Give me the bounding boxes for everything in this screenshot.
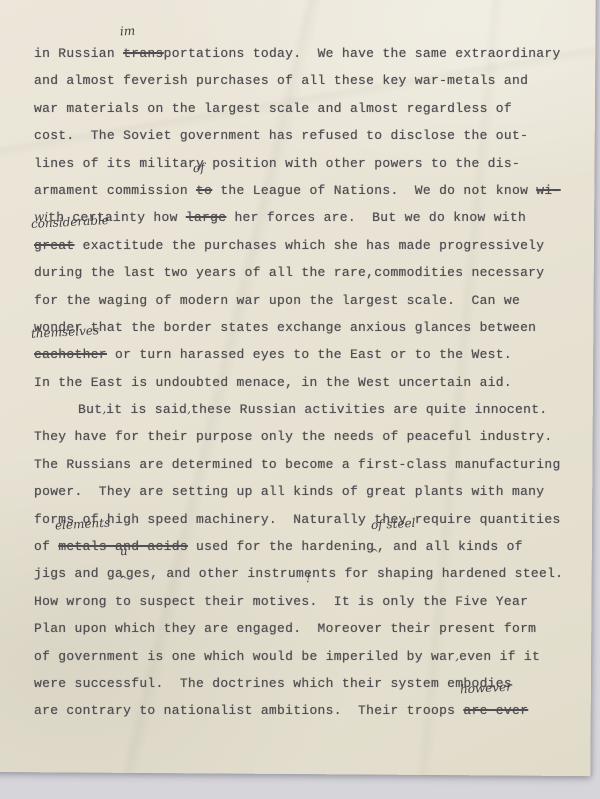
struck-through-text: wi- (536, 183, 560, 198)
photograph-scene: in Russian imtransportations today. We h… (0, 0, 600, 799)
typed-text: are contrary to nationalist ambitions. T… (34, 703, 463, 718)
typed-text: , and all kinds of (377, 539, 523, 554)
typed-text: the League of Nations. We do not know (212, 183, 536, 198)
typed-text: The Russians are determined to become a … (34, 457, 561, 472)
typed-text: even if it (459, 649, 540, 664)
typed-text: were successful. The doctrines which the… (34, 676, 512, 691)
typed-text: Plan upon which they are engaged. Moreov… (34, 621, 536, 636)
typed-line: In the East is undoubted menace, in the … (34, 369, 590, 396)
typed-text: But (78, 402, 102, 417)
typed-line: during the last two years of all the rar… (34, 259, 590, 286)
typed-text: jigs and ga (34, 566, 123, 581)
handwritten-text: considerable (30, 207, 109, 238)
struck-through-text: trans (123, 46, 164, 61)
typed-line: themselveseachother or turn harassed eye… (34, 341, 590, 368)
typed-text: In the East is undoubted menace, in the … (34, 375, 512, 390)
typed-line: cost. The Soviet government has refused … (34, 122, 590, 149)
handwritten-text: u (119, 538, 128, 566)
typed-line: forms of high speed machinery. Naturally… (34, 506, 590, 533)
typed-text: or turn harassed eyes to the East or to … (107, 347, 512, 362)
handwritten-text: of (192, 154, 205, 182)
typed-text: How wrong to suspect their motives (34, 594, 309, 609)
struck-through-text: eachother (34, 347, 107, 362)
typed-line: armament commission ofto the League of N… (34, 177, 590, 204)
typed-document: in Russian imtransportations today. We h… (34, 40, 590, 725)
typed-text: forms of high speed machinery. Naturally… (34, 512, 561, 527)
typed-line: power. They are setting up all kinds of … (34, 478, 590, 505)
caret-mark: ^ (370, 548, 379, 559)
typed-line: wonder that the border states exchange a… (34, 314, 590, 341)
typed-line: of government is one which would be impe… (34, 643, 590, 670)
struck-through-text: to (196, 183, 212, 198)
handwritten-text: im (119, 17, 136, 45)
typed-text: power. They are setting up all kinds of … (34, 484, 544, 499)
struck-through-text: are ever (463, 703, 528, 718)
typed-line: But,it is said,these Russian activities … (34, 396, 590, 423)
typed-text: during the last two years of all the rar… (34, 265, 544, 280)
typed-line: Plan upon which they are engaged. Moreov… (34, 615, 590, 642)
typed-text: her forces are. But we do know with (226, 210, 526, 225)
handwritten-text: of steel (371, 509, 417, 539)
typed-line: and almost feverish purchases of all the… (34, 67, 590, 94)
typed-text: used for the hardening (188, 539, 374, 554)
typed-text: They have for their purpose only the nee… (34, 429, 552, 444)
typed-text: and almost feverish purchases of all the… (34, 73, 528, 88)
handwritten-text: elements (55, 509, 112, 539)
typed-line: in Russian imtransportations today. We h… (34, 40, 590, 67)
typed-text: . It is only the Five Year (309, 594, 528, 609)
typed-text: portations today. We have the same extra… (164, 46, 561, 61)
typed-text: ges, and other instruments for shaping h… (126, 566, 563, 581)
typed-line: of elementsmetals and acids used for the… (34, 533, 590, 560)
typed-text: armament commission (34, 183, 196, 198)
typed-text: for the waging of modern war upon the la… (34, 293, 520, 308)
typed-text: in Russian (34, 46, 123, 61)
typed-text: these Russian activities are quite innoc… (191, 402, 547, 417)
caret-mark: ^ (119, 575, 128, 586)
typed-text: war materials on the largest scale and a… (34, 101, 512, 116)
typed-line: war materials on the largest scale and a… (34, 95, 590, 122)
typed-text: it is said (106, 402, 187, 417)
typed-text: wonder that the border states exchange a… (34, 320, 536, 335)
struck-through-text: large (186, 210, 227, 225)
typed-text: lines of its military position with othe… (34, 156, 520, 171)
typed-line: are contrary to nationalist ambitions. T… (34, 697, 590, 724)
typed-line: jigs and gau^ges, and other instruments … (34, 560, 590, 587)
typed-line: They have for their purpose only the nee… (34, 423, 590, 450)
typed-line: with certainty how large her forces are.… (34, 204, 590, 231)
handwritten-text: themselves (30, 317, 100, 348)
typed-text: exactitude the purchases which she has m… (75, 238, 545, 253)
typed-line: lines of its military position with othe… (34, 150, 590, 177)
typed-line: considerablegreat exactitude the purchas… (34, 232, 590, 259)
struck-through-text: great (34, 238, 75, 253)
typed-text: cost. The Soviet government has refused … (34, 128, 528, 143)
typed-line: for the waging of modern war upon the la… (34, 287, 590, 314)
typed-text: of (34, 539, 58, 554)
typed-line: The Russians are determined to become a … (34, 451, 590, 478)
typed-text: of government is one which would be impe… (34, 649, 455, 664)
typed-line: How wrong to suspect their motives!. It … (34, 588, 590, 615)
handwritten-text: however (460, 674, 513, 704)
